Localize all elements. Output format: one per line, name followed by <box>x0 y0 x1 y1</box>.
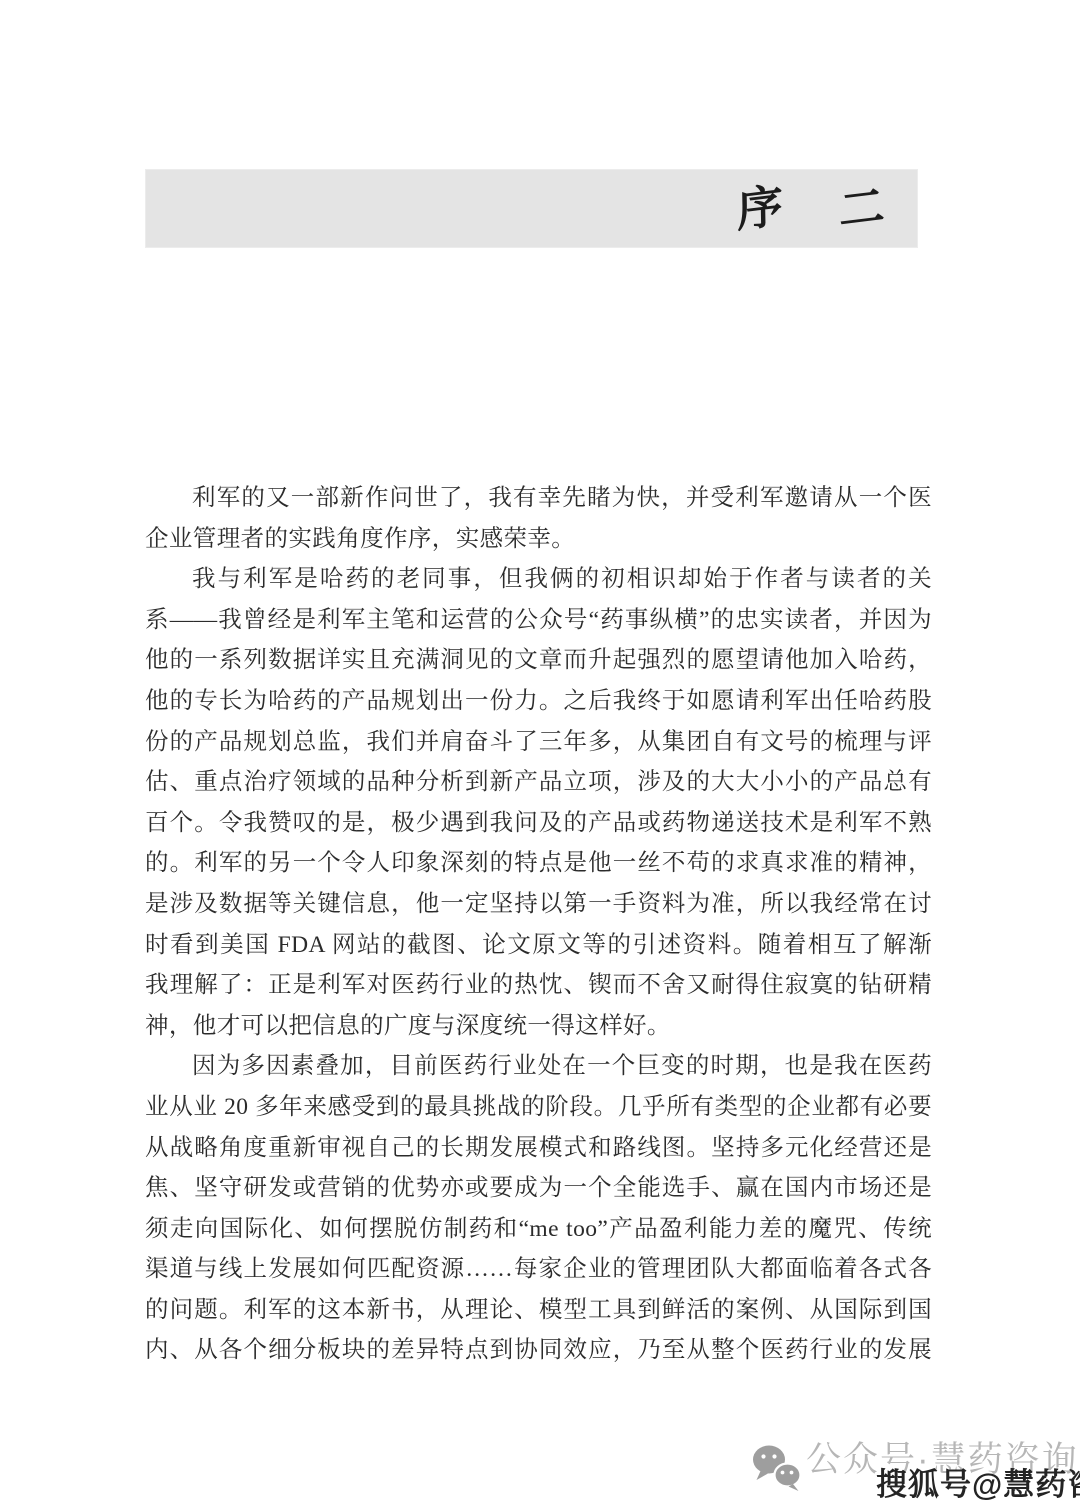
text-line: 从战略角度重新审视自己的长期发展模式和路线图。坚持多元化经营还是聚 <box>145 1128 932 1169</box>
wechat-icon <box>752 1444 802 1492</box>
section-title-char-1: 序 <box>737 183 783 235</box>
text-line: 我理解了：正是利军对医药行业的热忱、锲而不舍又耐得住寂寞的钻研精 <box>145 965 932 1006</box>
text-line: 利军的又一部新作问世了，我有幸先睹为快，并受利军邀请从一个医药 <box>145 478 932 519</box>
text-line: 内、从各个细分板块的差异特点到协同效应，乃至从整个医药行业的发展历 <box>145 1330 932 1371</box>
text-line: 的问题。利军的这本新书，从理论、模型工具到鲜活的案例、从国际到国 <box>145 1290 932 1331</box>
text-line: 系——我曾经是利军主笔和运营的公众号“药事纵横”的忠实读者，并因为 <box>145 600 932 641</box>
text-line: 时看到美国 FDA 网站的截图、论文原文等的引述资料。随着相互了解渐多， <box>145 925 932 966</box>
text-line: 份的产品规划总监，我们并肩奋斗了三年多，从集团自有文号的梳理与评 <box>145 722 932 763</box>
section-header-bar: 序 二 <box>146 170 917 247</box>
text-line: 估、重点治疗领域的品种分析到新产品立项，涉及的大大小小的产品总有几 <box>145 762 932 803</box>
text-line: 焦、坚守研发或营销的优势亦或要成为一个全能选手、赢在国内市场还是必 <box>145 1168 932 1209</box>
text-line: 神，他才可以把信息的广度与深度统一得这样好。 <box>145 1006 932 1047</box>
text-line: 渠道与线上发展如何匹配资源……每家企业的管理团队大都面临着各式各样 <box>145 1249 932 1290</box>
section-title-char-2: 二 <box>839 183 885 235</box>
text-line: 须走向国际化、如何摆脱仿制药和“me too”产品盈利能力差的魔咒、传统 <box>145 1209 932 1250</box>
text-line: 是涉及数据等关键信息，他一定坚持以第一手资料为准，所以我经常在讨论 <box>145 884 932 925</box>
book-page: 序 二 利军的又一部新作问世了，我有幸先睹为快，并受利军邀请从一个医药 企业管理… <box>0 0 1080 1510</box>
text-line: 我与利军是哈药的老同事，但我俩的初相识却始于作者与读者的关 <box>145 559 932 600</box>
text-line: 他的一系列数据详实且充满洞见的文章而升起强烈的愿望请他加入哈药，用 <box>145 640 932 681</box>
text-line: 因为多因素叠加，目前医药行业处在一个巨变的时期，也是我在医药产 <box>145 1046 932 1087</box>
text-line: 业从业 20 多年来感受到的最具挑战的阶段。几乎所有类型的企业都有必要 <box>145 1087 932 1128</box>
text-line: 的。利军的另一个令人印象深刻的特点是他一丝不苟的求真求准的精神，凡 <box>145 843 932 884</box>
sohu-account-watermark: 搜狐号@慧药咨询 <box>876 1469 1080 1500</box>
text-line: 企业管理者的实践角度作序，实感荣幸。 <box>145 519 932 560</box>
preface-body: 利军的又一部新作问世了，我有幸先睹为快，并受利军邀请从一个医药 企业管理者的实践… <box>145 478 932 1371</box>
text-line: 百个。令我赞叹的是，极少遇到我问及的产品或药物递送技术是利军不熟悉 <box>145 803 932 844</box>
text-line: 他的专长为哈药的产品规划出一份力。之后我终于如愿请利军出任哈药股 <box>145 681 932 722</box>
